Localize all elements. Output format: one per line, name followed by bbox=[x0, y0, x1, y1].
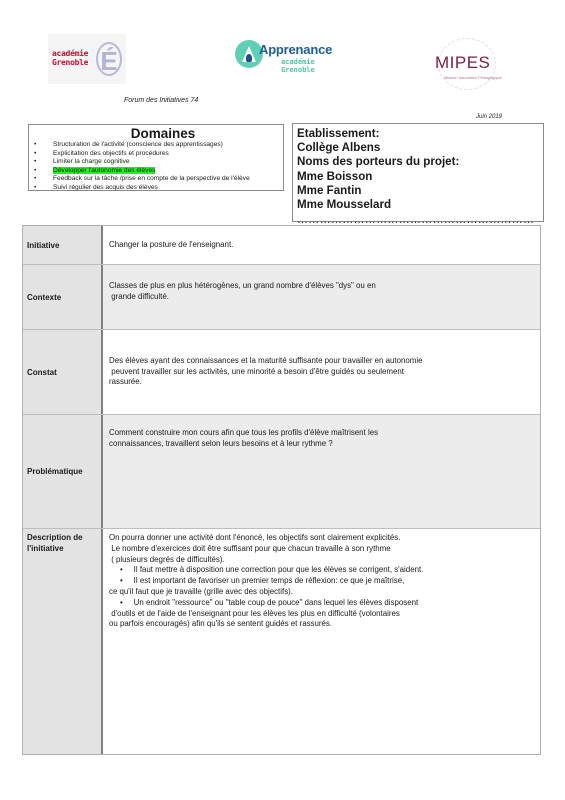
table-row: Initiative Changer la posture de l'ensei… bbox=[23, 226, 540, 265]
apprenance-sub2: Grenoble bbox=[281, 66, 315, 74]
porteur-name: Mme Fantin bbox=[297, 184, 543, 198]
logo-text-line2: Grenoble bbox=[52, 58, 88, 67]
domaines-box: Domaines •Structuration de l'activité (c… bbox=[28, 124, 284, 191]
porteurs-label: Noms des porteurs du projet: bbox=[297, 155, 543, 169]
row-label: Initiative bbox=[23, 226, 103, 264]
table-row: Contexte Classes de plus en plus hétérog… bbox=[23, 265, 540, 330]
domaine-item: •Explicitation des objectifs et procédur… bbox=[29, 150, 283, 159]
etablissement-label: Etablissement: bbox=[297, 127, 543, 141]
domaine-item: •Feedback sur la tâche /prise en compte … bbox=[29, 175, 283, 184]
row-value: Changer la posture de l'enseignant. bbox=[103, 226, 540, 264]
initiative-table: Initiative Changer la posture de l'ensei… bbox=[22, 225, 541, 755]
table-row: Problématique Comment construire mon cou… bbox=[23, 415, 540, 529]
etablissement-name: Collège Albens bbox=[297, 141, 543, 155]
row-value: On pourra donner une activité dont l'éno… bbox=[103, 529, 540, 754]
apprenance-drop-icon bbox=[246, 54, 252, 62]
mipes-logo: MIPES Mission Innovation Pédagogique bbox=[430, 38, 510, 93]
domaine-item: •Limiter la charge cognitive bbox=[29, 158, 283, 167]
row-value: Comment construire mon cours afin que to… bbox=[103, 415, 540, 528]
academie-e-icon: É bbox=[96, 42, 122, 76]
academie-grenoble-logo: académie Grenoble É bbox=[48, 34, 126, 84]
document-date: Juin 2019 bbox=[476, 114, 502, 120]
mipes-tagline: Mission Innovation Pédagogique bbox=[444, 75, 502, 80]
domaine-item: •Structuration de l'activité (conscience… bbox=[29, 141, 283, 150]
porteur-name: Mme Mousselard bbox=[297, 198, 543, 212]
row-value: Des élèves ayant des connaissances et la… bbox=[103, 330, 540, 414]
row-value: Classes de plus en plus hétérogènes, un … bbox=[103, 265, 540, 329]
etablissement-box: Etablissement: Collège Albens Noms des p… bbox=[292, 123, 544, 222]
apprenance-sub1: académie bbox=[281, 58, 315, 66]
row-label: Problématique bbox=[23, 415, 103, 528]
apprenance-name: Apprenance bbox=[259, 42, 332, 57]
domaine-item: •Suivi régulier des acquis des élèves bbox=[29, 184, 283, 193]
apprenance-logo: Apprenance académie Grenoble bbox=[232, 38, 352, 83]
row-label: Description de l'initiative bbox=[23, 529, 103, 754]
row-label: Constat bbox=[23, 330, 103, 414]
domaines-title: Domaines bbox=[43, 125, 283, 141]
porteur-name: Mme Boisson bbox=[297, 170, 543, 184]
logo-text-line1: académie bbox=[52, 49, 88, 58]
domaine-item-highlighted: •Développer l'autonomie des élèves bbox=[29, 167, 283, 176]
forum-title: Forum des Initiatives 74 bbox=[124, 97, 198, 104]
table-row: Description de l'initiative On pourra do… bbox=[23, 529, 540, 754]
table-row: Constat Des élèves ayant des connaissanc… bbox=[23, 330, 540, 415]
domaines-list: •Structuration de l'activité (conscience… bbox=[29, 141, 283, 193]
mipes-name: MIPES bbox=[435, 53, 490, 73]
row-label: Contexte bbox=[23, 265, 103, 329]
